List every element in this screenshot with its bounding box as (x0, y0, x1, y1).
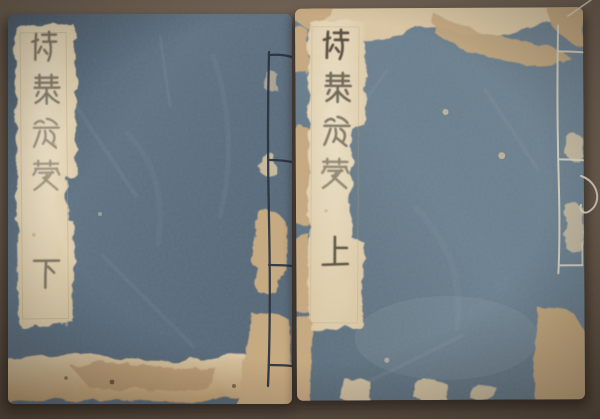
vignette (0, 0, 600, 419)
photo-scene (0, 0, 600, 419)
scene-canvas (0, 0, 600, 419)
